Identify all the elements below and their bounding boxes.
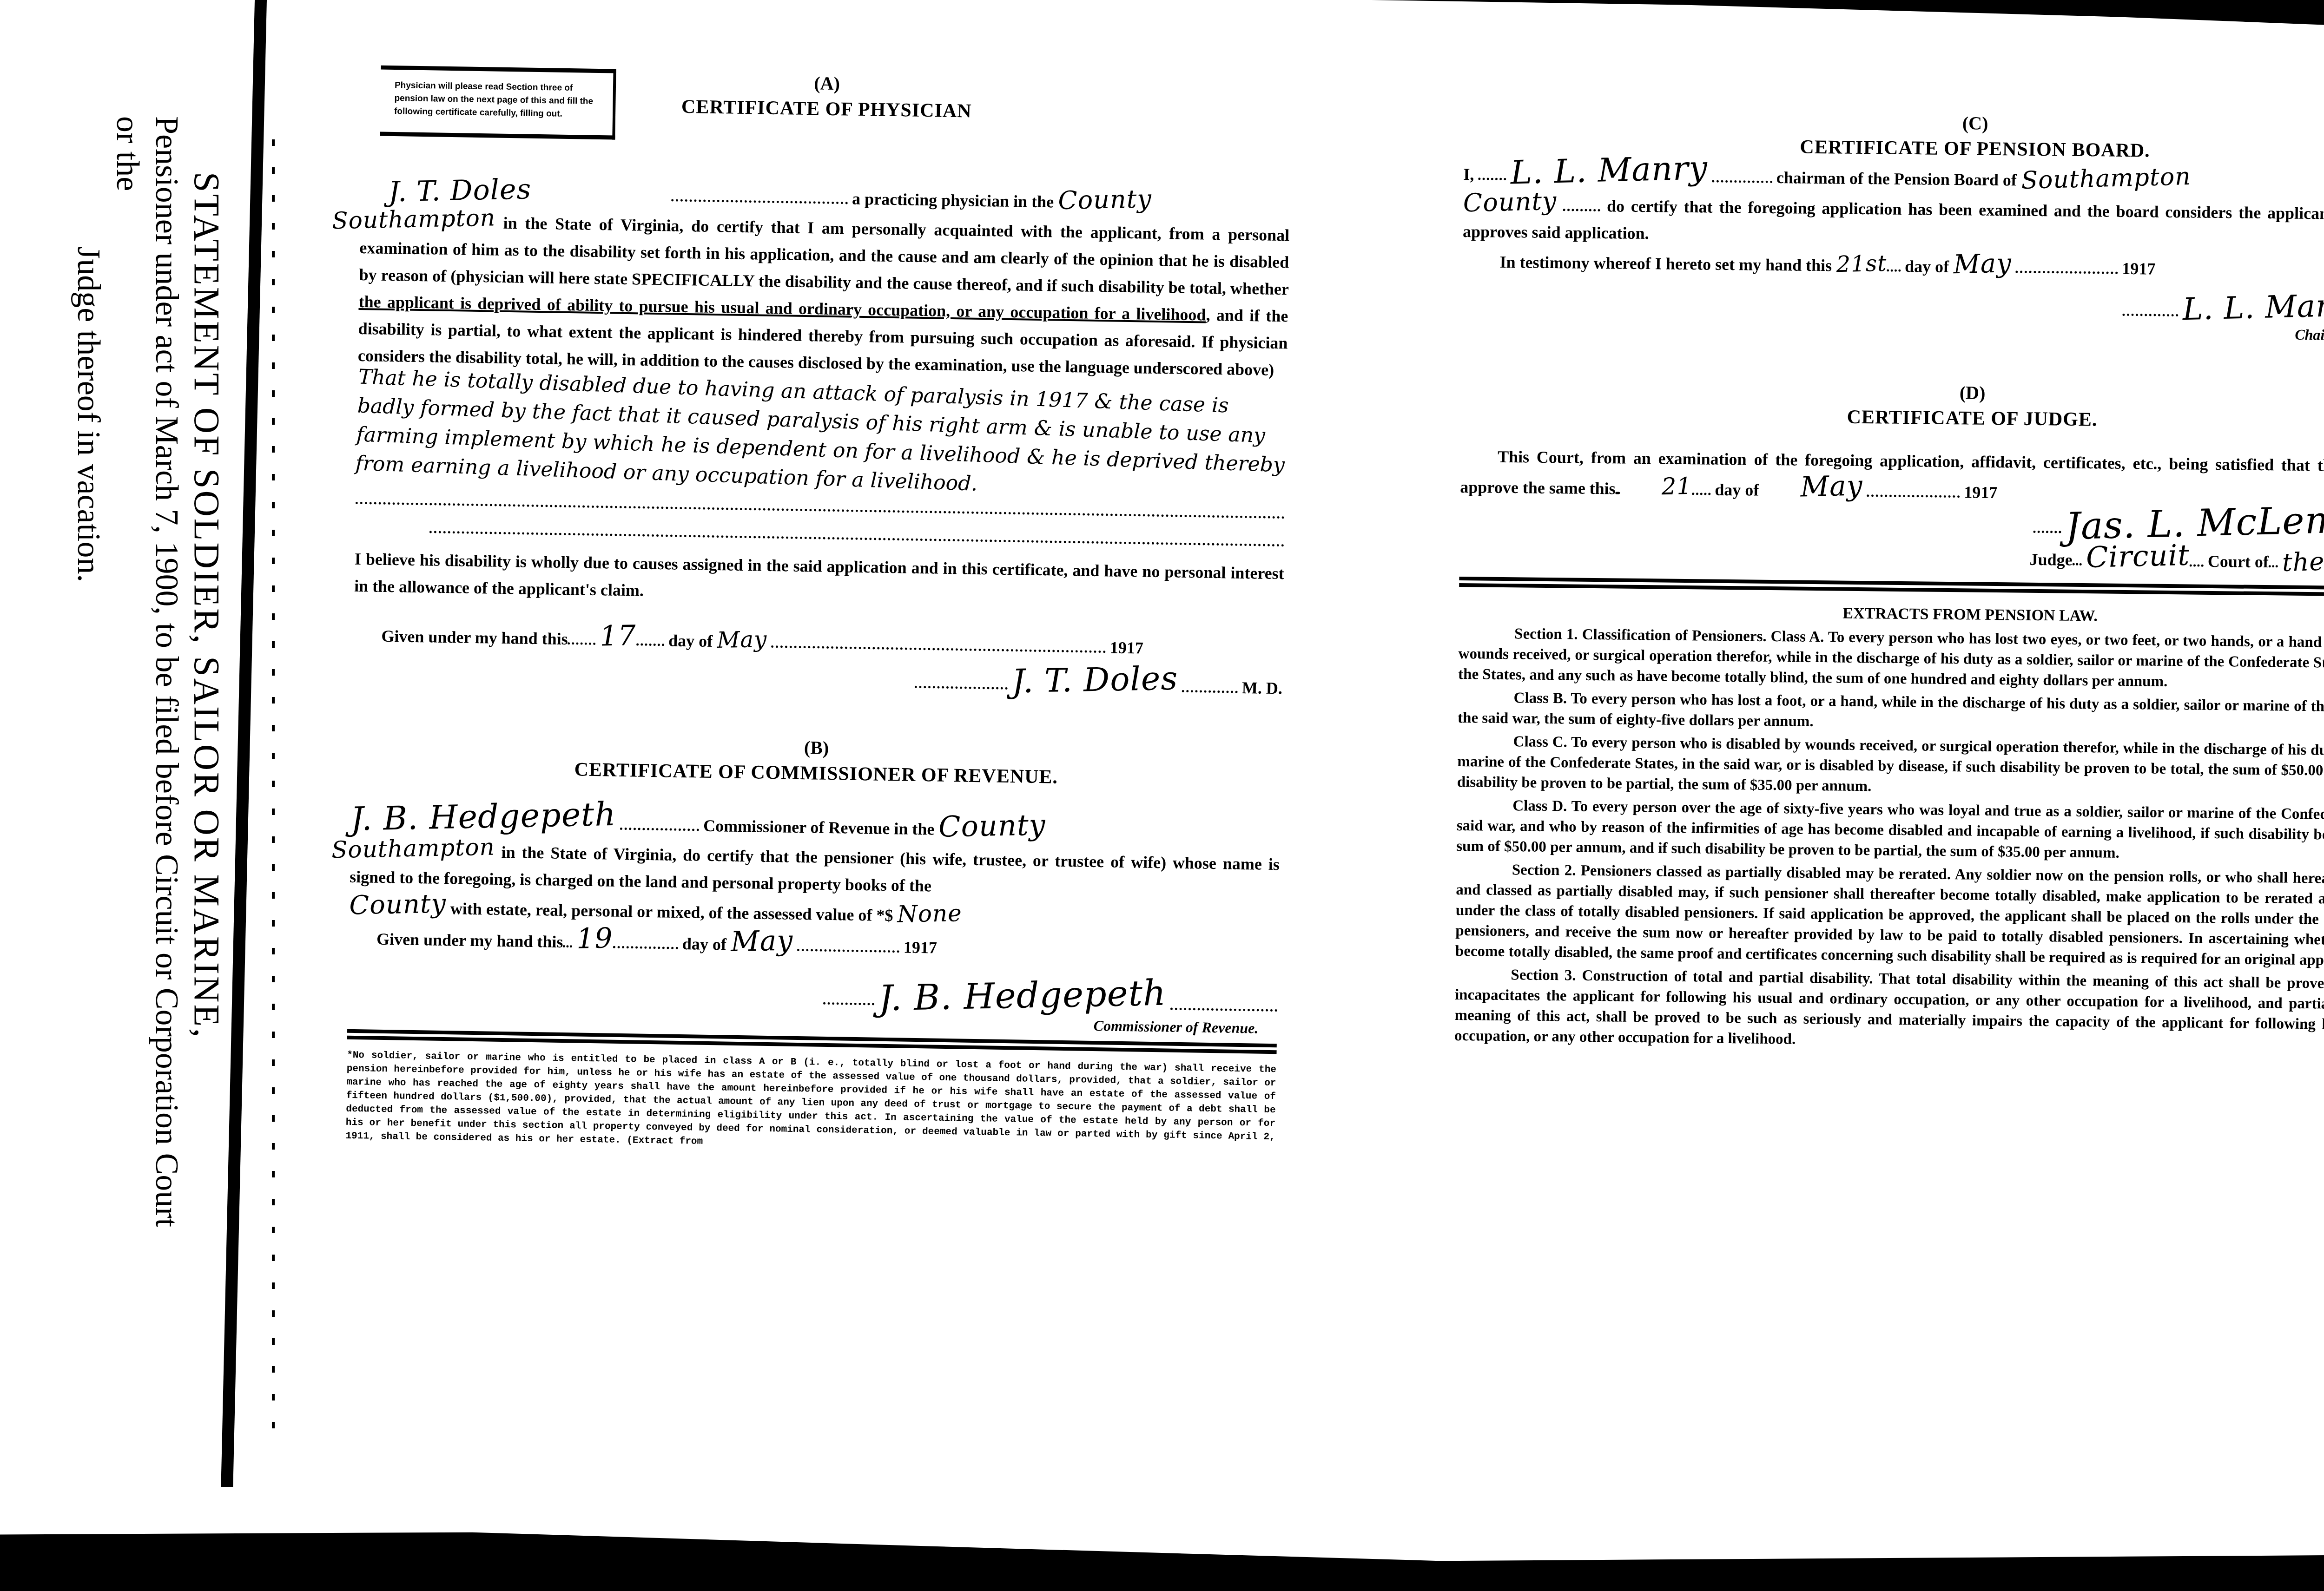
court-name: the 2nd Circuit — [2282, 544, 2324, 576]
pension-board-day: 21st — [1835, 250, 1887, 279]
physician-month: May — [717, 625, 767, 654]
physician-signature-line: J. T. Doles M. D. — [353, 654, 1283, 702]
binding-perforation — [272, 139, 275, 1440]
physician-name: J. T. Doles — [360, 173, 667, 207]
commissioner-jurisdiction-type-2: County — [349, 890, 447, 920]
physician-belief-statement: I believe his disability is wholly due t… — [354, 546, 1285, 614]
judge-year: 1917 — [1964, 483, 1997, 502]
assessment-footnote: *No soldier, sailor or marine who is ent… — [345, 1049, 1276, 1157]
certificate-of-physician: Physician will please read Section three… — [353, 65, 1292, 702]
law-paragraph: Section 3. Construction of total and par… — [1454, 964, 2324, 1057]
commissioner-signature: J. B. Hedgepeth — [878, 979, 1167, 1012]
judge-signature: Jas. L. McLemore — [2065, 505, 2324, 541]
assessed-value: None — [897, 899, 963, 928]
commissioner-year: 1917 — [904, 938, 938, 957]
commissioner-name: J. B. Hedgepeth — [350, 800, 616, 833]
commissioner-jurisdiction-type: County — [938, 811, 1046, 841]
pension-board-year: 1917 — [2122, 259, 2155, 278]
commissioner-day: 19 — [576, 924, 613, 953]
commissioner-jurisdiction-name: Southampton — [331, 834, 495, 864]
form-side-title: STATEMENT OF SOLDIER, SAILOR OR MARINE, … — [5, 116, 228, 1231]
certificate-of-commissioner-of-revenue: (B) CERTIFICATE OF COMMISSIONER OF REVEN… — [345, 730, 1281, 1157]
chairman-signature: L. L. Manry — [2182, 291, 2324, 323]
law-paragraph: Class B. To every person who has lost a … — [1458, 687, 2324, 739]
extracts-from-pension-law: EXTRACTS FROM PENSION LAW. Section 1. Cl… — [1454, 601, 2324, 1057]
certificate-of-judge: (D) CERTIFICATE OF JUDGE. This Court, fr… — [1459, 376, 2324, 598]
side-title-line-2: Pensioner under act of March 7, 1900, to… — [108, 116, 186, 1231]
law-paragraph: Class C. To every person who is disabled… — [1457, 731, 2324, 803]
underscored-language: the applicant is deprived of ability to … — [358, 292, 1206, 324]
left-page: Physician will please read Section three… — [345, 56, 1292, 1167]
physician-jurisdiction-type: County — [1058, 185, 1152, 215]
court-type: Circuit — [2086, 541, 2190, 572]
page-binding-edge — [221, 0, 267, 1487]
physician-body: Southampton in the State of Virginia, do… — [357, 205, 1289, 383]
pension-board-jurisdiction-name: Southampton — [2020, 163, 2191, 195]
scan-bottom-shadow — [0, 1516, 2324, 1591]
judge-certificate-title: CERTIFICATE OF JUDGE. — [1461, 402, 2324, 435]
pension-board-jurisdiction-type: County — [1463, 188, 1557, 217]
physician-jurisdiction-name: Southampton — [332, 204, 496, 234]
pension-board-month: May — [1953, 250, 2012, 279]
side-title-line-1: STATEMENT OF SOLDIER, SAILOR OR MARINE, — [186, 116, 228, 1231]
law-paragraph: Section 1. Classification of Pensioners.… — [1458, 623, 2324, 695]
dotted-leader — [671, 194, 848, 204]
dotted-leader — [429, 526, 1285, 546]
judge-day: 21 — [1624, 473, 1692, 501]
section-divider — [1459, 577, 2324, 597]
judge-body: This Court, from an examination of the f… — [1460, 443, 2324, 511]
judge-month: May — [1763, 472, 1863, 501]
pension-board-body: County do certify that the foregoing app… — [1463, 188, 2324, 256]
certificate-of-pension-board: (C) CERTIFICATE OF PENSION BOARD. I, L. … — [1462, 107, 2324, 345]
right-page: (C) CERTIFICATE OF PENSION BOARD. I, L. … — [1454, 107, 2324, 1059]
physician-instruction-box: Physician will please read Section three… — [380, 66, 616, 140]
physician-handwritten-statement: That he is totally disabled due to havin… — [355, 363, 1288, 509]
law-paragraph: Class D. To every person over the age of… — [1456, 795, 2324, 867]
commissioner-month: May — [730, 927, 793, 956]
law-paragraph: Section 2. Pensioners classed as partial… — [1455, 859, 2324, 972]
chairman-name: L. L. Manry — [1510, 154, 1708, 186]
physician-signature: J. T. Doles — [1012, 664, 1178, 695]
physician-year: 1917 — [1110, 638, 1144, 657]
side-title-line-3: Judge thereof in vacation. — [69, 116, 108, 1231]
practicing-label: a practicing physician in the — [852, 190, 1054, 211]
physician-day: 17 — [600, 622, 636, 650]
